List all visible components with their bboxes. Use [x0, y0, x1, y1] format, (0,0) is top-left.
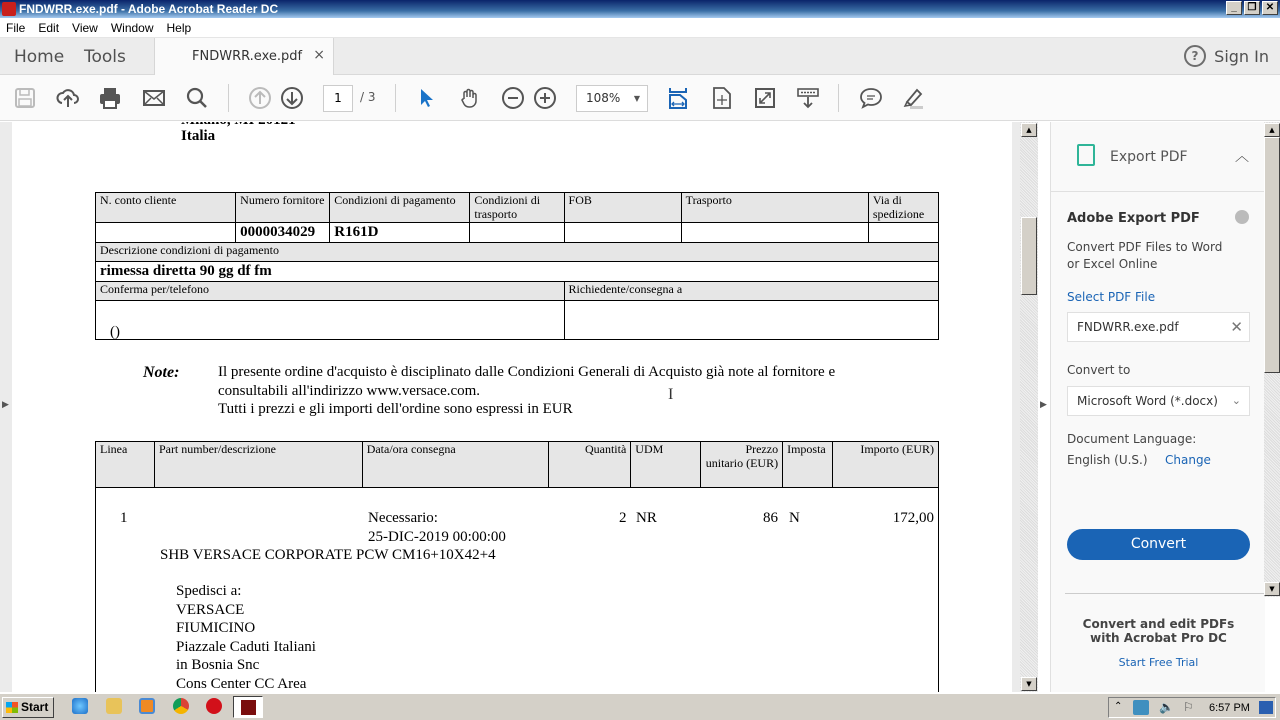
val-transport-terms [470, 223, 564, 243]
confirm-label: Conferma per/telefono [96, 282, 565, 301]
promo-block: Convert and edit PDFs with Acrobat Pro D… [1051, 617, 1266, 669]
network-icon[interactable] [1133, 700, 1149, 715]
delivery-date: 25-DIC-2019 00:00:00 [368, 530, 506, 544]
start-free-trial-link[interactable]: Start Free Trial [1051, 656, 1266, 669]
col-transport: Trasporto [681, 193, 868, 223]
text-cursor-icon: I [668, 386, 673, 404]
acrobat-icon [241, 700, 256, 715]
col-part-number: Part number/descrizione [154, 442, 362, 488]
val-supplier-number: 0000034029 [236, 223, 330, 243]
zoom-in-icon[interactable] [533, 86, 557, 110]
table-row: 1 Necessario: 25-DIC-2019 00:00:00 2 NR … [96, 488, 939, 693]
zoom-level-value: 108% [586, 91, 620, 105]
ship-to-line: in Bosnia Snc [176, 656, 316, 675]
menu-help[interactable]: Help [161, 21, 199, 35]
panel-desc-1: Convert PDF Files to Word [1067, 240, 1222, 254]
promo-line-2: with Acrobat Pro DC [1051, 631, 1266, 645]
ship-to-line: Cons Center CC Area [176, 675, 316, 693]
col-line: Linea [96, 442, 155, 488]
pdf-page: Milano, MI 20121 Italia N. conto cliente… [12, 122, 1012, 692]
taskbar: Start ⌃ 🔈 ⚐ 6:57 PM [0, 693, 1280, 720]
close-window-button[interactable]: ✕ [1262, 1, 1278, 15]
file-explorer-icon[interactable] [106, 698, 122, 714]
panel-scrollbar[interactable]: ▲ ▼ [1264, 122, 1280, 597]
zoom-level-dropdown[interactable]: 108%▼ [576, 85, 648, 112]
divider [1065, 593, 1265, 594]
start-button[interactable]: Start [2, 697, 54, 718]
menu-window[interactable]: Window [105, 21, 161, 35]
confirm-value: () [96, 301, 565, 340]
chevron-down-icon: ▼ [634, 86, 640, 111]
note-label: Note: [143, 364, 179, 382]
convert-button[interactable]: Convert [1067, 529, 1250, 560]
export-pdf-panel: Export PDF ︿ Adobe Export PDF Convert PD… [1050, 122, 1265, 692]
unit-price: 86 [763, 511, 778, 525]
export-pdf-icon [1077, 144, 1095, 166]
fit-width-icon[interactable] [666, 86, 690, 110]
document-tab-label: FNDWRR.exe.pdf [192, 49, 302, 64]
fit-page-icon[interactable] [710, 86, 734, 110]
col-fob: FOB [564, 193, 681, 223]
left-panel-toggle-icon[interactable]: ▶ [2, 400, 9, 410]
col-delivery-date: Data/ora consegna [362, 442, 549, 488]
selected-file-field[interactable]: FNDWRR.exe.pdf✕ [1067, 312, 1250, 342]
col-payment-terms: Condizioni di pagamento [330, 193, 470, 223]
col-amount: Importo (EUR) [833, 442, 939, 488]
print-icon[interactable] [98, 86, 122, 110]
right-panel-toggle-icon[interactable]: ▶ [1040, 400, 1047, 410]
hand-tool-icon[interactable] [458, 86, 482, 110]
amount: 172,00 [893, 511, 934, 525]
ship-to-address: Spedisci a: VERSACE FIUMICINO Piazzale C… [176, 582, 316, 692]
export-pdf-header[interactable]: Export PDF ︿ [1051, 122, 1265, 192]
previous-page-icon[interactable] [248, 86, 272, 110]
window-title: FNDWRR.exe.pdf - Adobe Acrobat Reader DC [19, 2, 278, 16]
acrobat-app-icon [2, 2, 16, 16]
menu-edit[interactable]: Edit [32, 21, 66, 35]
ship-to-line: Spedisci a: [176, 582, 316, 601]
val-account [96, 223, 236, 243]
globe-icon[interactable] [1235, 210, 1249, 224]
address-country: Italia [181, 128, 215, 145]
help-icon[interactable]: ? [1184, 45, 1206, 67]
media-player-icon[interactable] [139, 698, 155, 714]
requester-value [564, 301, 938, 340]
col-tax: Imposta [783, 442, 833, 488]
document-scrollbar[interactable]: ▲ ▼ [1020, 122, 1038, 692]
convert-format-value: Microsoft Word (*.docx) [1077, 394, 1218, 408]
requester-label: Richiedente/consegna a [564, 282, 938, 301]
next-page-icon[interactable] [280, 86, 304, 110]
order-lines-table: Linea Part number/descrizione Data/ora c… [95, 441, 939, 692]
convert-to-label: Convert to [1067, 363, 1130, 377]
sign-in-link[interactable]: Sign In [1214, 47, 1269, 66]
note-text: Il presente ordine d'acquisto è discipli… [218, 363, 835, 419]
payment-desc-value: rimessa diretta 90 gg df fm [96, 262, 939, 282]
tax: N [789, 511, 800, 525]
volume-icon[interactable]: 🔈 [1159, 700, 1174, 714]
show-desktop-icon[interactable] [1259, 701, 1273, 714]
menu-file[interactable]: File [0, 21, 32, 35]
menu-bar: File Edit View Window Help [0, 18, 1280, 38]
chrome-icon[interactable] [173, 698, 189, 714]
col-supplier-number: Numero fornitore [236, 193, 330, 223]
full-screen-icon[interactable] [753, 86, 777, 110]
export-pdf-title: Export PDF [1110, 149, 1188, 165]
delivery-label: Necessario: [368, 511, 438, 525]
clock[interactable]: 6:57 PM [1209, 702, 1250, 714]
chevron-down-icon: ⌄ [1232, 387, 1241, 415]
action-center-flag-icon[interactable]: ⚐ [1183, 700, 1194, 714]
internet-explorer-icon[interactable] [72, 698, 88, 714]
scroll-down-button[interactable]: ▼ [1021, 677, 1037, 691]
scroll-mode-icon[interactable] [796, 86, 820, 110]
restore-button[interactable]: ❐ [1244, 1, 1260, 15]
tab-tools[interactable]: Tools [84, 47, 126, 67]
payment-desc-label: Descrizione condizioni di pagamento [96, 243, 939, 262]
item-description: SHB VERSACE CORPORATE PCW CM16+10X42+4 [160, 548, 496, 562]
val-transport [681, 223, 868, 243]
chevron-up-icon[interactable]: ︿ [1235, 146, 1249, 166]
zoom-out-icon[interactable] [501, 86, 525, 110]
col-transport-terms: Condizioni di trasporto [470, 193, 564, 223]
ship-to-line: VERSACE [176, 601, 316, 620]
ship-to-line: Piazzale Caduti Italiani [176, 638, 316, 657]
note-line: Il presente ordine d'acquisto è discipli… [218, 363, 835, 382]
highlight-pen-icon[interactable] [901, 86, 925, 110]
language-label: Document Language: [1067, 432, 1196, 446]
promo-line-1: Convert and edit PDFs [1051, 617, 1266, 631]
val-payment-terms: R161D [330, 223, 470, 243]
col-ship-via: Via di spedizione [868, 193, 938, 223]
opera-icon[interactable] [206, 698, 222, 714]
system-tray: ⌃ 🔈 ⚐ 6:57 PM [1108, 697, 1276, 718]
tab-home[interactable]: Home [14, 47, 64, 67]
scroll-thumb[interactable] [1021, 217, 1037, 295]
change-language-link[interactable]: Change [1165, 453, 1211, 467]
panel-scroll-up-button[interactable]: ▲ [1264, 123, 1280, 137]
document-viewport[interactable]: Milano, MI 20121 Italia N. conto cliente… [0, 122, 1020, 692]
line-number: 1 [120, 511, 128, 525]
tab-document[interactable]: FNDWRR.exe.pdf × [154, 38, 334, 76]
selected-file-name: FNDWRR.exe.pdf [1077, 320, 1179, 334]
search-icon[interactable] [185, 86, 209, 110]
tab-bar: Home Tools FNDWRR.exe.pdf × ? Sign In [0, 38, 1280, 75]
select-pdf-file-link[interactable]: Select PDF File [1067, 290, 1155, 304]
minimize-button[interactable]: _ [1226, 1, 1242, 15]
val-fob [564, 223, 681, 243]
acrobat-taskbar-button[interactable] [233, 696, 263, 718]
note-line: Tutti i prezzi e gli importi dell'ordine… [218, 400, 835, 419]
panel-scroll-thumb[interactable] [1264, 137, 1280, 373]
panel-scroll-down-button[interactable]: ▼ [1264, 582, 1280, 596]
panel-title: Adobe Export PDF [1067, 211, 1200, 226]
title-bar: FNDWRR.exe.pdf - Adobe Acrobat Reader DC… [0, 0, 1280, 18]
close-tab-icon[interactable]: × [313, 47, 325, 63]
toolbar: 1 / 3 108%▼ [0, 75, 1280, 121]
uom: NR [636, 511, 657, 525]
col-quantity: Quantità [549, 442, 631, 488]
header-info-table: N. conto cliente Numero fornitore Condiz… [95, 192, 939, 340]
col-uom: UDM [631, 442, 701, 488]
save-icon[interactable] [13, 86, 37, 110]
convert-format-dropdown[interactable]: Microsoft Word (*.docx)⌄ [1067, 386, 1250, 416]
col-unit-price: Prezzo unitario (EUR) [701, 442, 783, 488]
show-hidden-icons[interactable]: ⌃ [1114, 701, 1122, 712]
page-number-input[interactable]: 1 [323, 85, 353, 112]
scroll-up-button[interactable]: ▲ [1021, 123, 1037, 137]
remove-file-icon[interactable]: ✕ [1230, 313, 1243, 341]
ship-to-line: FIUMICINO [176, 619, 316, 638]
val-ship-via [868, 223, 938, 243]
menu-view[interactable]: View [66, 21, 105, 35]
col-account: N. conto cliente [96, 193, 236, 223]
cloud-upload-icon[interactable] [56, 86, 80, 110]
quantity: 2 [619, 511, 627, 525]
comment-icon[interactable] [859, 86, 883, 110]
page-total: / 3 [360, 90, 376, 104]
note-line: consultabili all'indirizzo www.versace.c… [218, 382, 835, 401]
email-icon[interactable] [142, 86, 166, 110]
select-cursor-icon[interactable] [415, 86, 439, 110]
language-value: English (U.S.) [1067, 453, 1148, 467]
panel-desc-2: or Excel Online [1067, 257, 1157, 271]
